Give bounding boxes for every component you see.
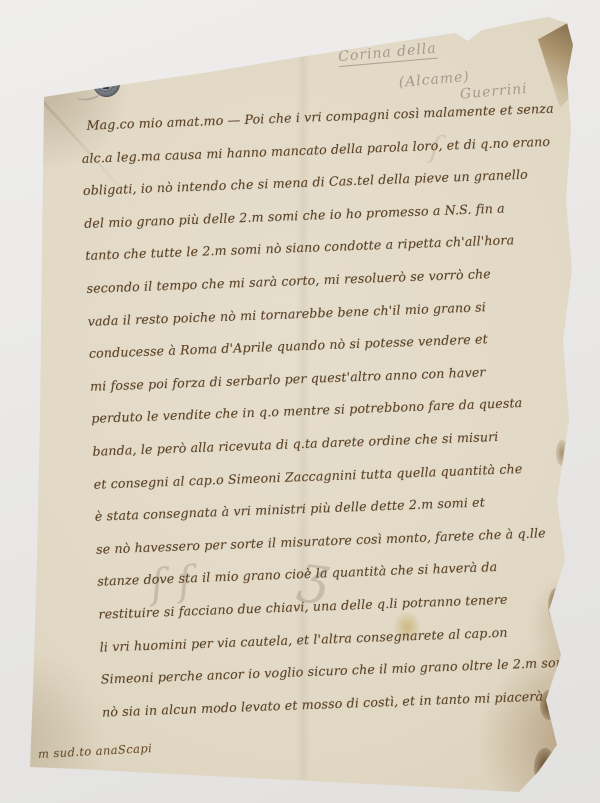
pencil-note-line1: Corina della — [338, 42, 438, 68]
stamp-emblem — [102, 78, 110, 89]
photograph-background: Corina della (Alcame) Guerrini ʒ ſ ſ ſ M… — [0, 0, 600, 803]
docket-note: m sud.to anaScapi — [38, 741, 153, 761]
letter-paper: Corina della (Alcame) Guerrini ʒ ſ ſ ſ M… — [0, 0, 600, 803]
letter-body: Mag.co mio amat.mo — Poi che i vri compa… — [80, 92, 580, 728]
pencil-squiggle — [75, 85, 103, 102]
torn-edge-mark — [534, 748, 556, 788]
